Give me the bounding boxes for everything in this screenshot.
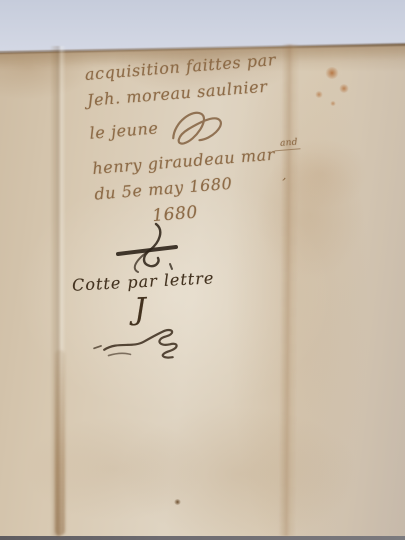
cote-letter: J	[133, 292, 146, 327]
rust-stain	[330, 101, 336, 106]
inscription-superscript: and	[274, 137, 300, 151]
fold-crease-left-stain	[55, 350, 65, 536]
ink-spot	[174, 499, 181, 505]
manuscript-photo: acquisition faittes par Jeh. moreau saul…	[0, 0, 405, 540]
paraph-flourish-icon	[91, 324, 185, 367]
rust-stain	[339, 84, 349, 93]
crossed-out-paraph-icon	[112, 220, 188, 276]
rust-stain	[325, 67, 339, 79]
inscription-line-3-text: le jeune	[89, 115, 160, 146]
inscription-block: acquisition faittes par Jeh. moreau saul…	[84, 43, 337, 234]
